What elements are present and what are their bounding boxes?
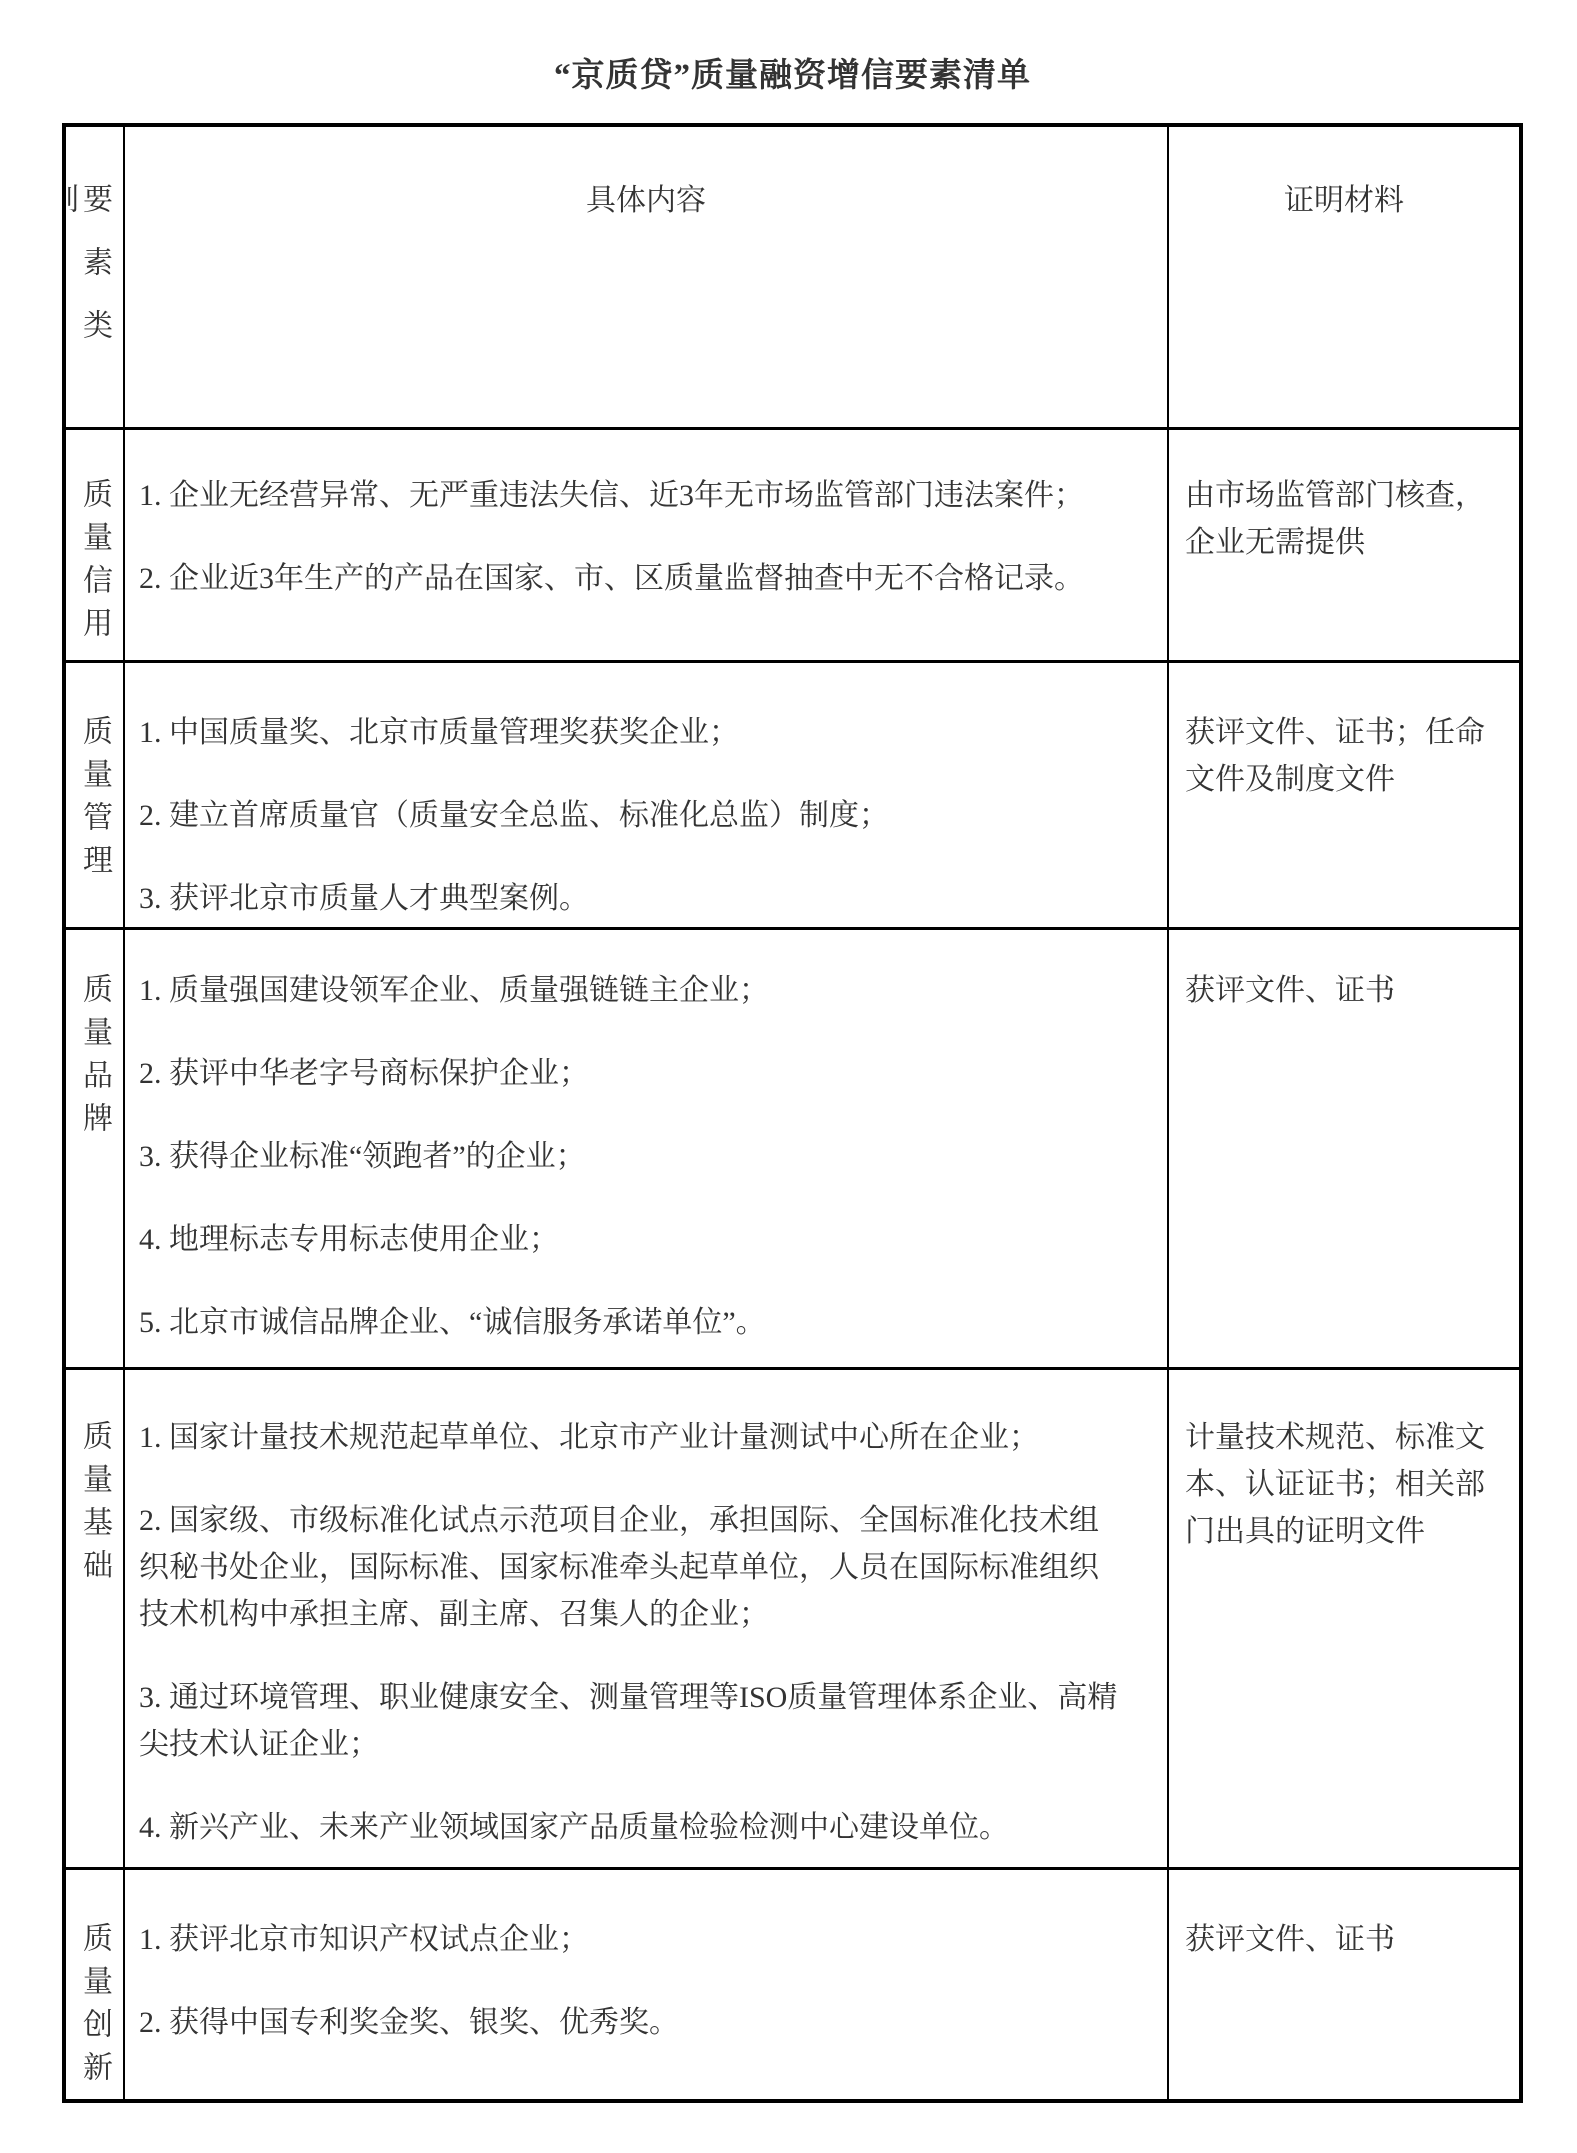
category-cell: 质量基础: [66, 1370, 125, 1867]
content-cell: 1. 质量强国建设领军企业、质量强链链主企业； 2. 获评中华老字号商标保护企业…: [125, 930, 1169, 1367]
content-item: 1. 中国质量奖、北京市质量管理奖获奖企业；: [139, 709, 1127, 756]
content-item: 3. 获评北京市质量人才典型案例。: [139, 875, 1127, 922]
table-row-quality-innovation: 质量创新 1. 获评北京市知识产权试点企业； 2. 获得中国专利奖金奖、银奖、优…: [66, 1870, 1519, 2099]
document-title: “京质贷”质量融资增信要素清单: [62, 56, 1523, 96]
materials-cell: 获评文件、证书: [1169, 930, 1519, 1367]
table-row-quality-foundation: 质量基础 1. 国家计量技术规范起草单位、北京市产业计量测试中心所在企业； 2.…: [66, 1370, 1519, 1870]
category-cell: 质量创新: [66, 1870, 125, 2099]
table-row-quality-credit: 质量信用 1. 企业无经营异常、无严重违法失信、近3年无市场监管部门违法案件； …: [66, 430, 1519, 663]
header-category: 要素类别: [66, 127, 125, 427]
table-row-quality-brand: 质量品牌 1. 质量强国建设领军企业、质量强链链主企业； 2. 获评中华老字号商…: [66, 930, 1519, 1370]
content-item: 2. 获得中国专利奖金奖、银奖、优秀奖。: [139, 1999, 1127, 2046]
materials-cell: 计量技术规范、标准文本、认证证书；相关部门出具的证明文件: [1169, 1370, 1519, 1867]
header-content: 具体内容: [125, 127, 1169, 427]
materials-cell: 获评文件、证书；任命文件及制度文件: [1169, 663, 1519, 927]
header-row: 要素类别 具体内容 证明材料: [66, 127, 1519, 430]
content-item: 1. 获评北京市知识产权试点企业；: [139, 1916, 1127, 1963]
materials-cell: 由市场监管部门核查，企业无需提供: [1169, 430, 1519, 660]
content-item: 5. 北京市诚信品牌企业、“诚信服务承诺单位”。: [139, 1299, 1127, 1346]
content-item: 2. 国家级、市级标准化试点示范项目企业，承担国际、全国标准化技术组织秘书处企业…: [139, 1497, 1127, 1638]
table-row-quality-management: 质量管理 1. 中国质量奖、北京市质量管理奖获奖企业； 2. 建立首席质量官（质…: [66, 663, 1519, 930]
category-cell: 质量品牌: [66, 930, 125, 1367]
content-item: 2. 企业近3年生产的产品在国家、市、区质量监督抽查中无不合格记录。: [139, 555, 1127, 602]
content-item: 2. 建立首席质量官（质量安全总监、标准化总监）制度；: [139, 792, 1127, 839]
elements-table: 要素类别 具体内容 证明材料 质量信用 1. 企业无经营异常、无严重违法失信、近…: [62, 123, 1523, 2103]
content-item: 2. 获评中华老字号商标保护企业；: [139, 1050, 1127, 1097]
content-item: 3. 通过环境管理、职业健康安全、测量管理等ISO质量管理体系企业、高精尖技术认…: [139, 1674, 1127, 1768]
category-cell: 质量管理: [66, 663, 125, 927]
content-item: 3. 获得企业标准“领跑者”的企业；: [139, 1133, 1127, 1180]
content-item: 4. 新兴产业、未来产业领域国家产品质量检验检测中心建设单位。: [139, 1804, 1127, 1851]
content-item: 4. 地理标志专用标志使用企业；: [139, 1216, 1127, 1263]
category-cell: 质量信用: [66, 430, 125, 660]
materials-cell: 获评文件、证书: [1169, 1870, 1519, 2099]
content-cell: 1. 企业无经营异常、无严重违法失信、近3年无市场监管部门违法案件； 2. 企业…: [125, 430, 1169, 660]
content-item: 1. 质量强国建设领军企业、质量强链链主企业；: [139, 967, 1127, 1014]
content-cell: 1. 国家计量技术规范起草单位、北京市产业计量测试中心所在企业； 2. 国家级、…: [125, 1370, 1169, 1867]
content-item: 1. 国家计量技术规范起草单位、北京市产业计量测试中心所在企业；: [139, 1414, 1127, 1461]
header-materials: 证明材料: [1169, 127, 1519, 427]
content-cell: 1. 获评北京市知识产权试点企业； 2. 获得中国专利奖金奖、银奖、优秀奖。: [125, 1870, 1169, 2099]
content-item: 1. 企业无经营异常、无严重违法失信、近3年无市场监管部门违法案件；: [139, 472, 1127, 519]
content-cell: 1. 中国质量奖、北京市质量管理奖获奖企业； 2. 建立首席质量官（质量安全总监…: [125, 663, 1169, 927]
